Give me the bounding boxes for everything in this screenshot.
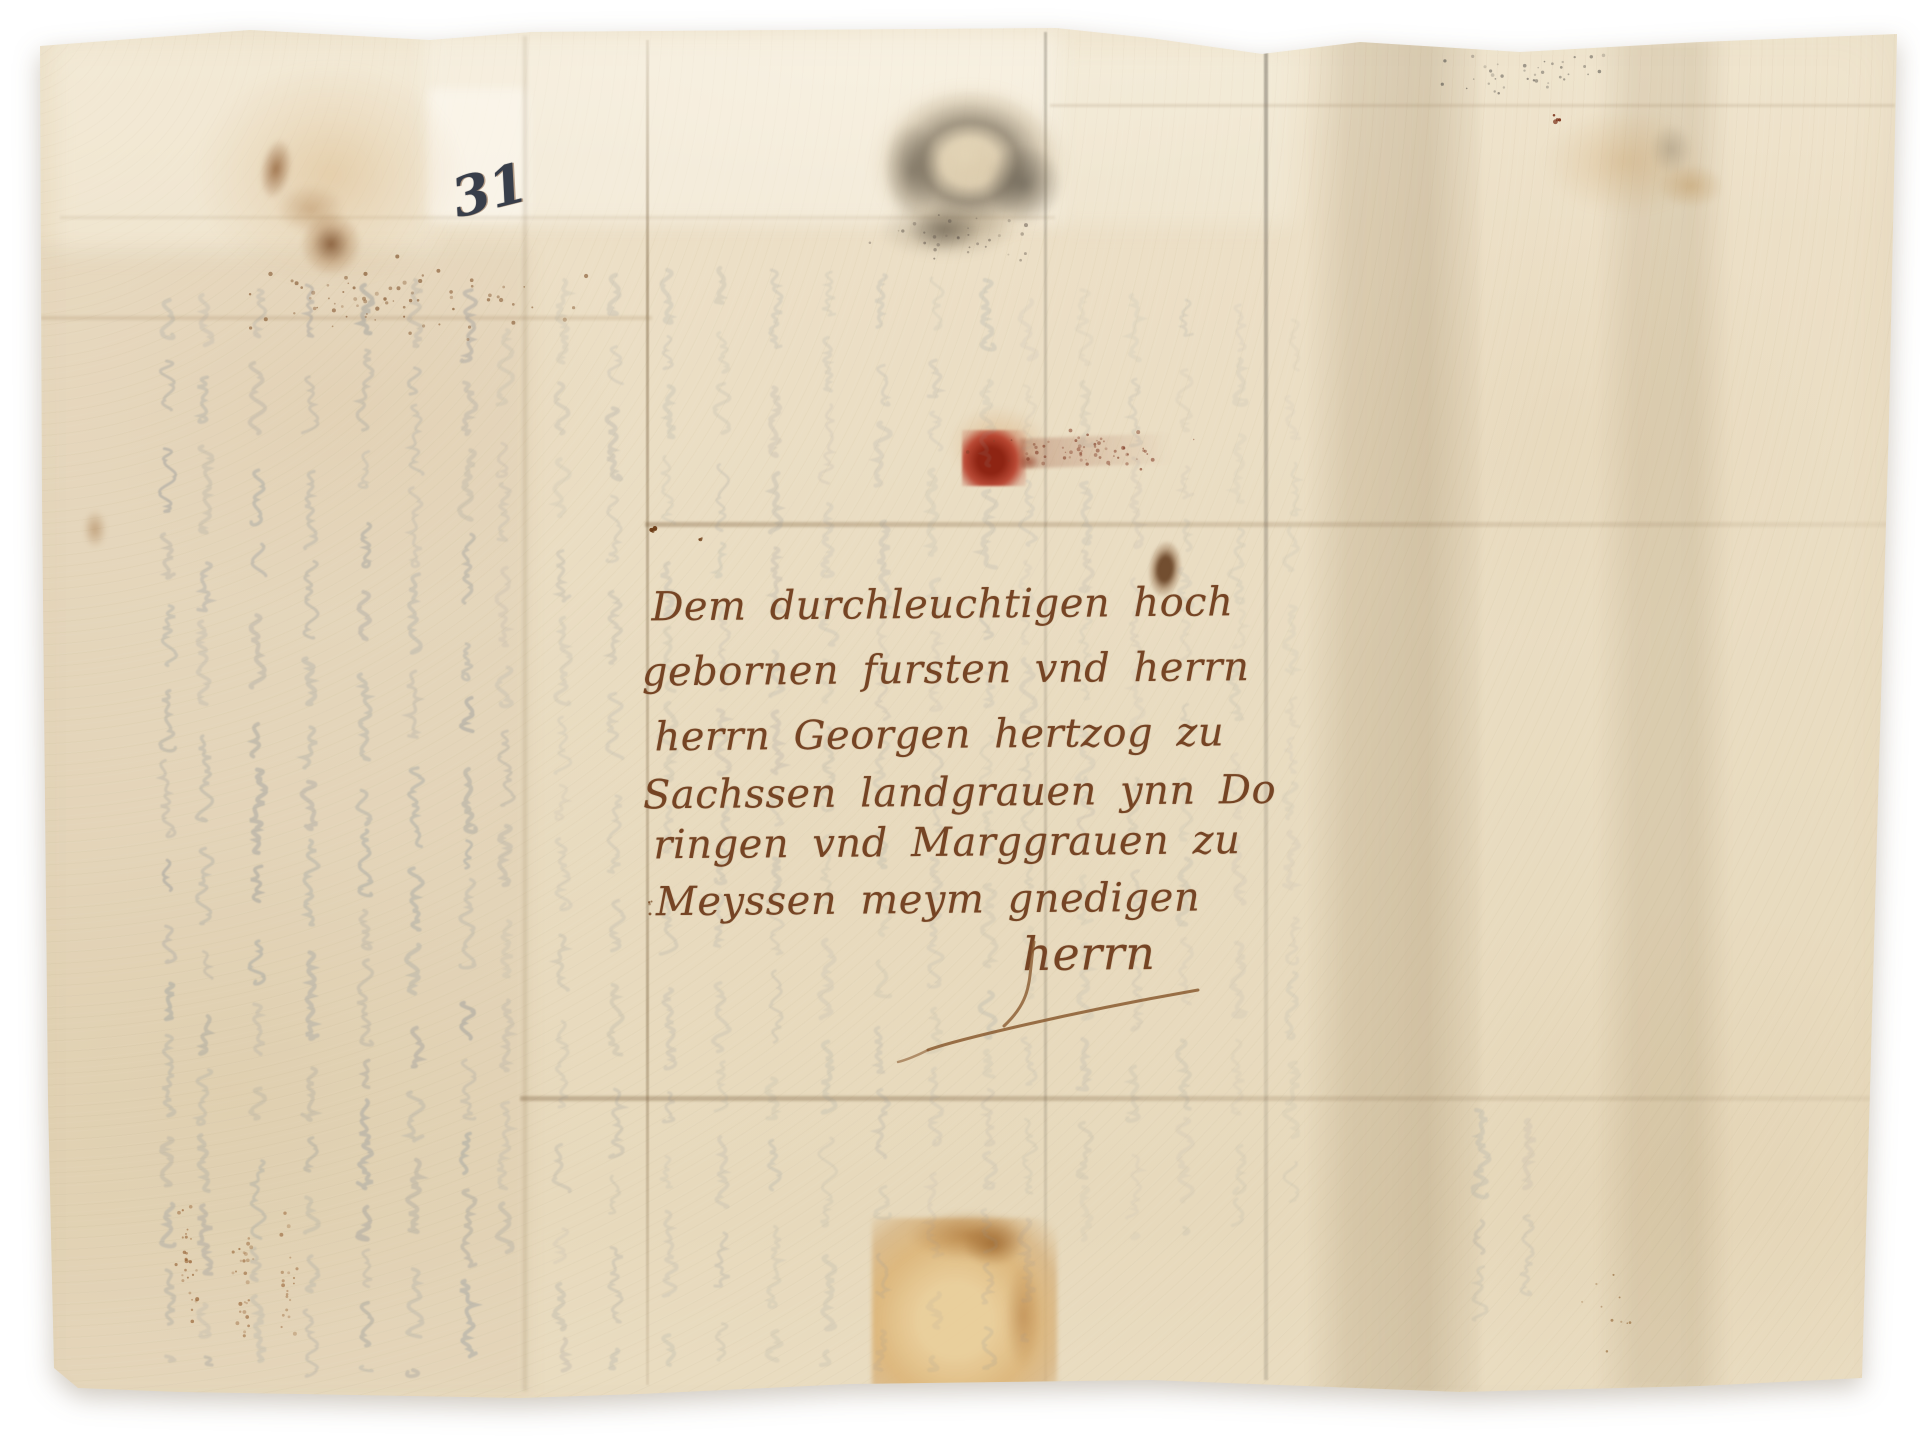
paper-shadow: 31 Dem durchleuchtigen hoch gebornen fur… — [0, 0, 1920, 1451]
scan-background: 31 Dem durchleuchtigen hoch gebornen fur… — [0, 0, 1920, 1451]
address-flourish-icon — [0, 0, 1920, 1451]
letter-verso-paper: 31 Dem durchleuchtigen hoch gebornen fur… — [0, 0, 1920, 1451]
